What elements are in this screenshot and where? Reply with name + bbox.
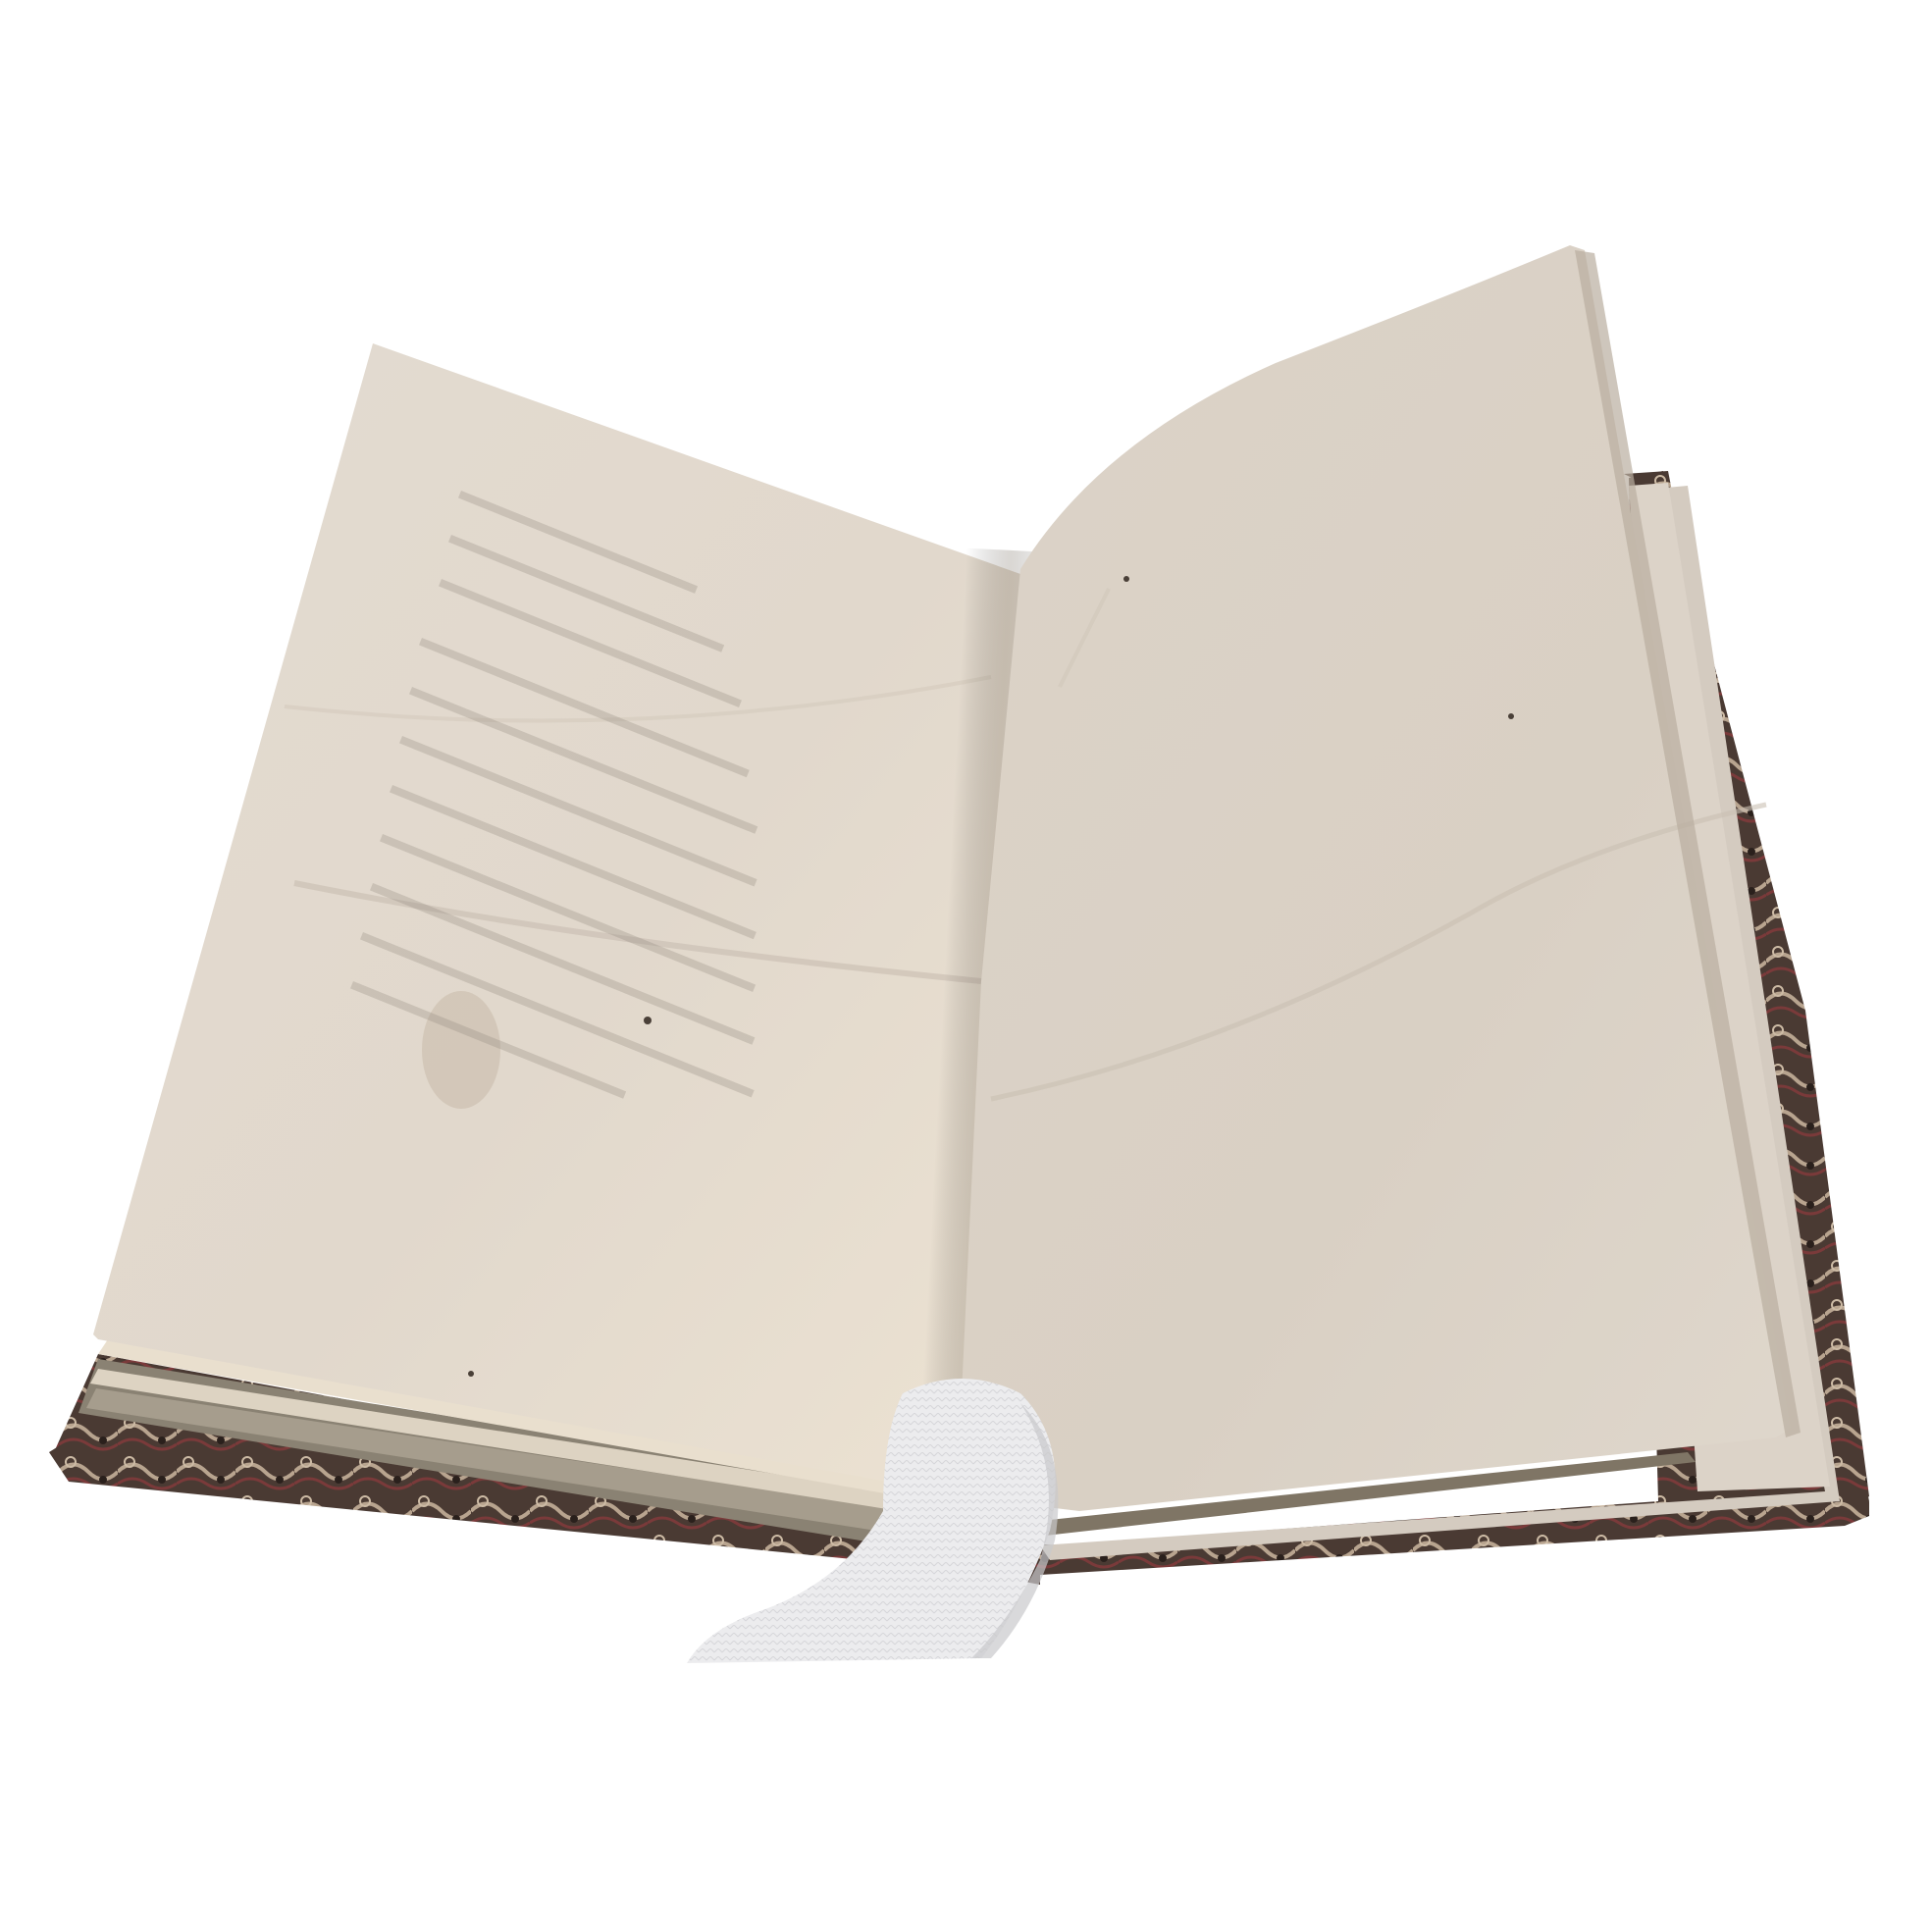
right-page — [957, 245, 1801, 1511]
book-photo — [0, 0, 1932, 1932]
left-page — [93, 343, 1055, 1493]
photo-stage: Open antique book held by a white-gloved… — [0, 0, 1932, 1932]
